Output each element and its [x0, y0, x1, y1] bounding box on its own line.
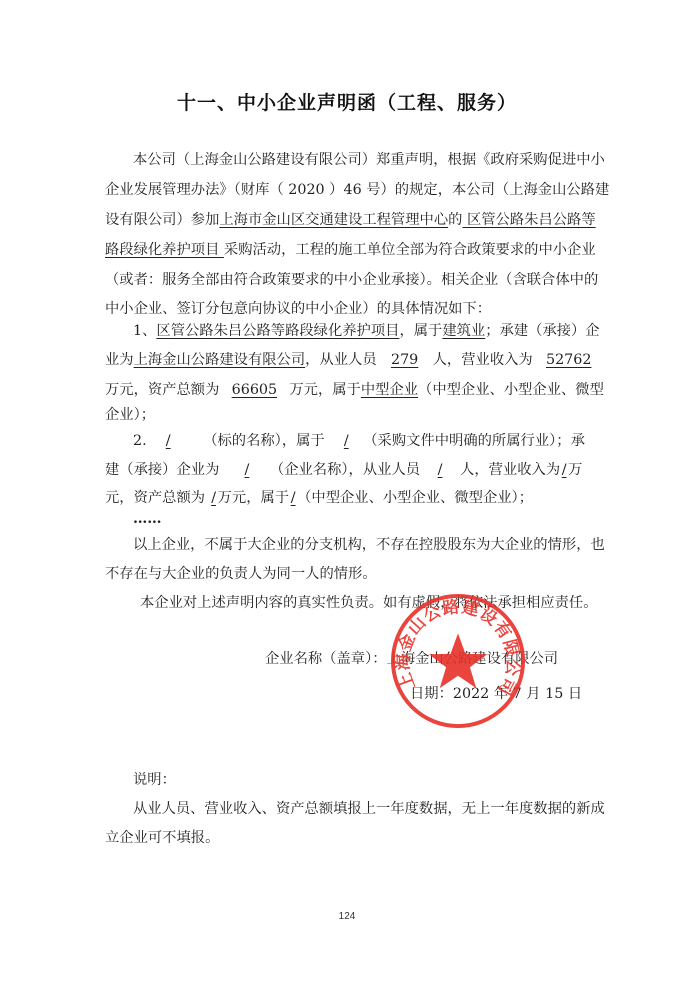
item1-assets: 66605 [219, 380, 289, 400]
item2-company-blank: / [224, 460, 270, 480]
item1-line1: 1、区管公路朱吕公路等路段绿化养护项目，属于建筑业；承建（承接）企 [105, 321, 628, 341]
item2-assets-blank: / [210, 488, 218, 508]
para1-line4: 路段绿化养护项目 采购活动，工程的施工单位全部为符合政策要求的中小企业 [105, 240, 600, 260]
text: 设有限公司）参加 [105, 212, 219, 228]
item1-company: 上海金山公路建设有限公司 [134, 352, 306, 368]
para2-line1: 以上企业，不属于大企业的分支机构，不存在控股股东为大企业的情形，也 [105, 535, 628, 555]
para1-line6: 中小企业、签订分包意向协议的中小企业）的具体情况如下： [105, 299, 600, 319]
item1-size: 中型企业 [361, 382, 418, 398]
item2-revenue-blank: / [560, 460, 568, 480]
item2-line2: 建（承接）企业为 /（企业名称），从业人员/人，营业收入为/万 [105, 460, 600, 480]
item2-employees-blank: / [420, 460, 460, 480]
text: 人，营业收入为 [460, 462, 560, 478]
signature-company: 企业名称（盖章）：上海金山公路建设有限公司 [265, 649, 585, 669]
signature-date: 日期：2022 年 7 月 15 日 [410, 684, 590, 704]
para1-line5: （或者：服务全部由符合政策要求的中小企业承接）。相关企业（含联合体中的 [105, 270, 600, 290]
item-number: 1、 [133, 323, 156, 339]
para1-line3: 设有限公司）参加上海市金山区交通建设工程管理中心的 区管公路朱吕公路等 [105, 210, 600, 230]
text: 的 [448, 212, 462, 228]
text: ，从业人员 [305, 352, 376, 368]
text: ；承建（承接）企 [485, 323, 599, 339]
text: （采购文件中明确的所属行业）；承 [363, 433, 585, 449]
item1-project: 区管公路朱吕公路等路段绿化养护项目 [156, 323, 399, 339]
text: （中型企业、小型企业、微型 [418, 382, 604, 398]
text: 人，营业收入为 [433, 352, 533, 368]
text: 万元，属于 [289, 382, 360, 398]
item1-employees: 279 [377, 350, 433, 370]
item1-line4: 企业）； [105, 405, 600, 425]
project-name-part1: 区管公路朱吕公路等 [462, 212, 595, 228]
ellipsis: …… [105, 509, 628, 529]
item1-line2: 业为上海金山公路建设有限公司，从业人员279人，营业收入为52762 [105, 350, 600, 370]
notes-line2: 立企业可不填报。 [105, 828, 600, 848]
para1-line2: 企业发展管理办法》（财库（ 2020 ）46 号）的规定，本公司（上海金山公路建 [105, 180, 600, 200]
item2-line1: 2. /（标的名称），属于 /（采购文件中明确的所属行业）；承 [105, 431, 628, 451]
date-label: 日期： [410, 686, 453, 702]
text: （企业名称），从业人员 [270, 462, 420, 478]
text: 建（承接）企业为 [105, 462, 224, 478]
company-name: 上海金山公路建设有限公司 [387, 651, 559, 667]
company-label: 企业名称（盖章）： [265, 651, 387, 667]
document-page: 十一、中小企业声明函（工程、服务） 本公司（上海金山公路建设有限公司）郑重声明，… [0, 0, 694, 981]
notes-line1: 从业人员、营业收入、资产总额填报上一年度数据，无上一年度数据的新成 [105, 799, 628, 819]
notes-heading: 说明： [105, 770, 628, 790]
text: 万元，属于 [218, 490, 289, 506]
text: 业为 [105, 352, 134, 368]
text: （中型企业、小型企业、微型企业）； [297, 490, 533, 506]
item-number: 2. [133, 433, 151, 449]
project-name-part2: 路段绿化养护项目 [105, 242, 224, 258]
para2-line3: 本企业对上述声明内容的真实性负责。如有虚假，将依法承担相应责任。 [105, 593, 635, 613]
item1-revenue: 52762 [533, 350, 605, 370]
text: 元，资产总额为 [105, 490, 210, 506]
date-value: 2022 年 7 月 15 日 [453, 686, 582, 702]
item2-size-blank: / [289, 488, 297, 508]
text: 采购活动，工程的施工单位全部为符合政策要求的中小企业 [224, 242, 596, 258]
item2-subject-blank: / [151, 431, 185, 451]
text: （标的名称），属于 [203, 433, 329, 449]
para1-line1: 本公司（上海金山公路建设有限公司）郑重声明，根据《政府采购促进中小 [105, 150, 600, 170]
text: 万 [568, 462, 582, 478]
text: ，属于 [399, 323, 442, 339]
para2-line2: 不存在与大企业的负责人为同一人的情形。 [105, 564, 600, 584]
item2-line3: 元，资产总额为 /万元，属于/（中型企业、小型企业、微型企业）； [105, 488, 600, 508]
page-number: 124 [0, 911, 694, 922]
text: 万元，资产总额为 [105, 382, 219, 398]
item1-line3: 万元，资产总额为66605万元，属于中型企业（中型企业、小型企业、微型 [105, 380, 600, 400]
purchaser-name: 上海市金山区交通建设工程管理中心 [219, 212, 448, 228]
page-title: 十一、中小企业声明函（工程、服务） [0, 88, 694, 115]
item2-industry-blank: / [329, 431, 363, 451]
item1-industry: 建筑业 [442, 323, 485, 339]
